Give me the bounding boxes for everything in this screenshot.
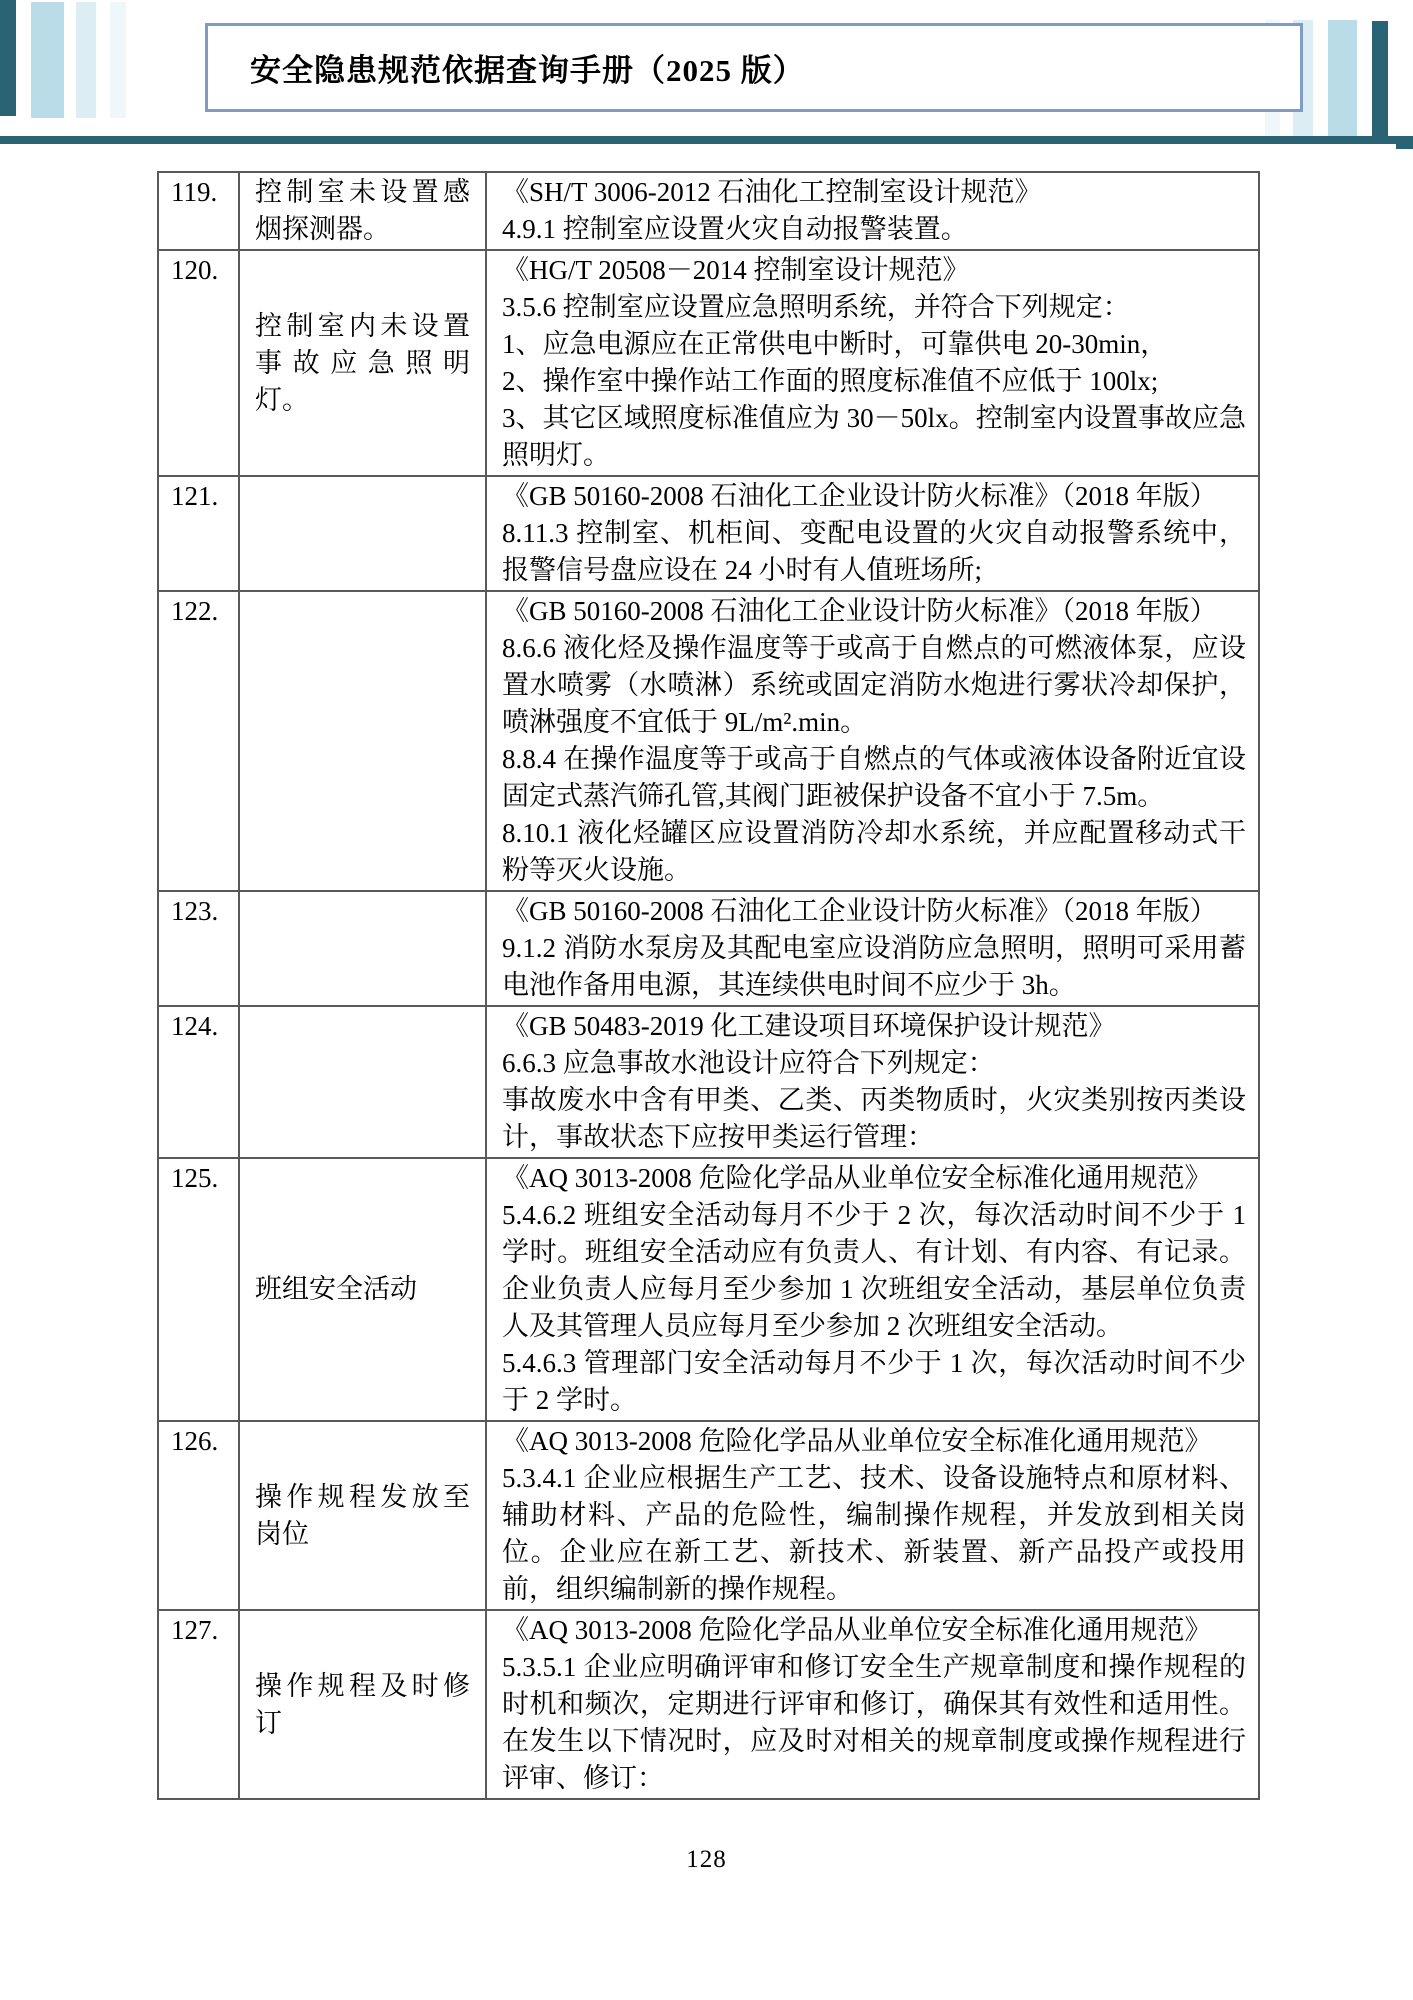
decorative-bar-right-dark [1372,21,1388,137]
basis-paragraph: 8.11.3 控制室、机柜间、变配电设置的火灾自动报警系统中，报警信号盘应设在 … [502,515,1246,589]
basis-paragraph: 《GB 50160-2008 石油化工企业设计防火标准》（2018 年版） [502,593,1246,630]
basis-paragraph: 9.1.2 消防水泵房及其配电室应设消防应急照明，照明可采用蓄电池作备用电源，其… [502,930,1246,1004]
decorative-bar-left-blue [31,2,64,118]
regulation-basis-cell: 《AQ 3013-2008 危险化学品从业单位安全标准化通用规范》5.4.6.2… [486,1158,1259,1421]
table-row: 125. 班组安全活动 《AQ 3013-2008 危险化学品从业单位安全标准化… [158,1158,1259,1421]
hazard-description-cell: 班组安全活动 [239,1158,486,1421]
basis-paragraph: 《HG/T 20508－2014 控制室设计规范》 [502,252,1246,289]
regulation-basis-cell: 《GB 50160-2008 石油化工企业设计防火标准》（2018 年版）8.1… [486,476,1259,591]
regulation-basis-cell: 《HG/T 20508－2014 控制室设计规范》3.5.6 控制室应设置应急照… [486,250,1259,476]
regulation-basis-cell: 《GB 50160-2008 石油化工企业设计防火标准》（2018 年版）9.1… [486,891,1259,1006]
table-row: 120. 控制室内未设置事故应急照明灯。 《HG/T 20508－2014 控制… [158,250,1259,476]
basis-paragraph: 《GB 50160-2008 石油化工企业设计防火标准》（2018 年版） [502,893,1246,930]
decorative-bar-right-blue [1328,20,1357,137]
page-title-box: 安全隐患规范依据查询手册（2025 版） [205,23,1303,112]
row-number-cell: 127. [158,1610,239,1799]
table-row: 127. 操作规程及时修订 《AQ 3013-2008 危险化学品从业单位安全标… [158,1610,1259,1799]
row-number-cell: 123. [158,891,239,1006]
document-page: 安全隐患规范依据查询手册（2025 版） 119. 控制室未设置感烟探测器。 《… [0,0,1413,2000]
table-body: 119. 控制室未设置感烟探测器。 《SH/T 3006-2012 石油化工控制… [158,172,1259,1799]
page-number: 128 [0,1846,1413,1874]
table-row: 124. 《GB 50483-2019 化工建设项目环境保护设计规范》6.6.3… [158,1006,1259,1158]
row-number-cell: 120. [158,250,239,476]
basis-paragraph: 5.3.4.1 企业应根据生产工艺、技术、设备设施特点和原材料、辅助材料、产品的… [502,1460,1246,1608]
basis-paragraph: 2、操作室中操作站工作面的照度标准值不应低于 100lx; [502,363,1246,400]
basis-paragraph: 《GB 50483-2019 化工建设项目环境保护设计规范》 [502,1008,1246,1045]
row-number-cell: 122. [158,591,239,891]
table-row: 123. 《GB 50160-2008 石油化工企业设计防火标准》（2018 年… [158,891,1259,1006]
hazard-description-cell: 控制室内未设置事故应急照明灯。 [239,250,486,476]
row-number-cell: 121. [158,476,239,591]
row-number-cell: 125. [158,1158,239,1421]
decorative-bar-left-pale [76,2,96,118]
hazard-description-cell [239,1006,486,1158]
basis-paragraph: 3、其它区域照度标准值应为 30－50lx。控制室内设置事故应急照明灯。 [502,400,1246,474]
basis-paragraph: 《AQ 3013-2008 危险化学品从业单位安全标准化通用规范》 [502,1612,1246,1649]
row-number-cell: 119. [158,172,239,250]
decorative-bar-left-faint [110,2,126,118]
table-row: 122. 《GB 50160-2008 石油化工企业设计防火标准》（2018 年… [158,591,1259,891]
basis-paragraph: 6.6.3 应急事故水池设计应符合下列规定： [502,1045,1246,1082]
row-number-cell: 124. [158,1006,239,1158]
regulation-basis-cell: 《SH/T 3006-2012 石油化工控制室设计规范》4.9.1 控制室应设置… [486,172,1259,250]
regulation-basis-cell: 《GB 50160-2008 石油化工企业设计防火标准》（2018 年版）8.6… [486,591,1259,891]
hazard-description-cell: 操作规程及时修订 [239,1610,486,1799]
basis-paragraph: 4.9.1 控制室应设置火灾自动报警装置。 [502,211,1246,248]
basis-paragraph: 《AQ 3013-2008 危险化学品从业单位安全标准化通用规范》 [502,1160,1246,1197]
basis-paragraph: 事故废水中含有甲类、乙类、丙类物质时，火灾类别按丙类设计，事故状态下应按甲类运行… [502,1082,1246,1156]
regulation-basis-cell: 《AQ 3013-2008 危险化学品从业单位安全标准化通用规范》5.3.4.1… [486,1421,1259,1610]
table-row: 126. 操作规程发放至岗位 《AQ 3013-2008 危险化学品从业单位安全… [158,1421,1259,1610]
basis-paragraph: 5.4.6.3 管理部门安全活动每月不少于 1 次，每次活动时间不少于 2 学时… [502,1345,1246,1419]
hazard-description-cell [239,476,486,591]
basis-paragraph: 8.6.6 液化烃及操作温度等于或高于自燃点的可燃液体泵，应设置水喷雾（水喷淋）… [502,630,1246,741]
hazard-description-cell: 操作规程发放至岗位 [239,1421,486,1610]
hazard-description-cell [239,591,486,891]
hazard-description-cell: 控制室未设置感烟探测器。 [239,172,486,250]
basis-paragraph: 8.10.1 液化烃罐区应设置消防冷却水系统，并应配置移动式干粉等灭火设施。 [502,815,1246,889]
basis-paragraph: 《SH/T 3006-2012 石油化工控制室设计规范》 [502,174,1246,211]
basis-paragraph: 8.8.4 在操作温度等于或高于自燃点的气体或液体设备附近宜设固定式蒸汽筛孔管,… [502,741,1246,815]
basis-paragraph: 5.4.6.2 班组安全活动每月不少于 2 次，每次活动时间不少于 1 学时。班… [502,1197,1246,1345]
page-title: 安全隐患规范依据查询手册（2025 版） [250,45,805,90]
table-row: 119. 控制室未设置感烟探测器。 《SH/T 3006-2012 石油化工控制… [158,172,1259,250]
basis-paragraph: 3.5.6 控制室应设置应急照明系统，并符合下列规定： [502,289,1246,326]
header-divider-band [0,136,1413,144]
table-row: 121. 《GB 50160-2008 石油化工企业设计防火标准》（2018 年… [158,476,1259,591]
basis-paragraph: 《AQ 3013-2008 危险化学品从业单位安全标准化通用规范》 [502,1423,1246,1460]
basis-paragraph: 5.3.5.1 企业应明确评审和修订安全生产规章制度和操作规程的时机和频次，定期… [502,1649,1246,1797]
row-number-cell: 126. [158,1421,239,1610]
regulations-table: 119. 控制室未设置感烟探测器。 《SH/T 3006-2012 石油化工控制… [157,171,1260,1800]
header-divider-corner [1396,136,1413,149]
basis-paragraph: 《GB 50160-2008 石油化工企业设计防火标准》（2018 年版） [502,478,1246,515]
hazard-description-cell [239,891,486,1006]
decorative-bar-left-dark [0,0,16,116]
regulation-basis-cell: 《GB 50483-2019 化工建设项目环境保护设计规范》6.6.3 应急事故… [486,1006,1259,1158]
regulation-basis-cell: 《AQ 3013-2008 危险化学品从业单位安全标准化通用规范》5.3.5.1… [486,1610,1259,1799]
basis-paragraph: 1、应急电源应在正常供电中断时，可靠供电 20-30min， [502,326,1246,363]
